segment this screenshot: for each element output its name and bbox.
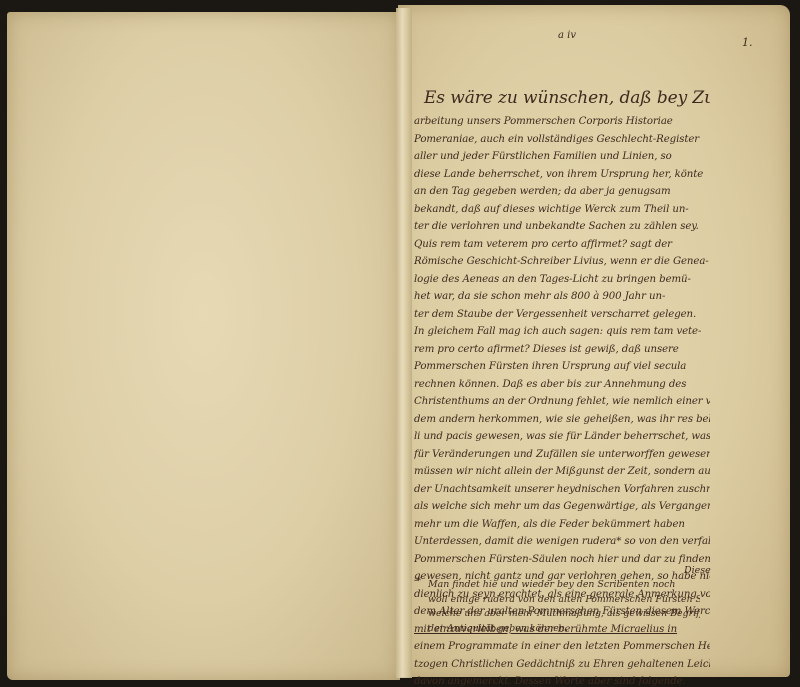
text-line: ter die verlohren und unbekandte Sachen … <box>414 218 710 236</box>
text-line: rechnen können. Daß es aber bis zur Anne… <box>414 376 710 394</box>
header-mark: a iv <box>558 30 576 41</box>
text-line: Pommerschen Fürsten-Säulen noch hier und… <box>414 551 710 569</box>
text-line: tzogen Christlichen Gedächtniß zu Ehren … <box>414 656 710 674</box>
footnote: Man findet hie und wieder bey den Scribe… <box>428 578 700 636</box>
text-line: Römische Geschicht-Schreiber Livius, wen… <box>414 253 710 271</box>
text-line: dem andern herkommen, wie sie geheißen, … <box>414 411 710 429</box>
text-line: davon angemerckt. Dessen Worte aber sind… <box>414 673 710 687</box>
text-line: diese Lande beherrschet, von ihrem Urspr… <box>414 166 710 184</box>
catchword: Diese <box>684 565 711 576</box>
text-line: logie des Aeneas an den Tages-Licht zu b… <box>414 271 710 289</box>
text-line: mehr um die Waffen, als die Feder bekümm… <box>414 516 710 534</box>
footnote-line: der Antiquität geben können. <box>428 622 700 637</box>
footnote-line: woll einige rudera von den alten Pommers… <box>428 593 700 608</box>
footnote-line: Man findet hie und wieder bey den Scribe… <box>428 578 700 593</box>
text-line: Pomeraniae, auch ein vollständiges Gesch… <box>414 131 710 149</box>
text-line: Quis rem tam veterem pro certo affirmet?… <box>414 236 710 254</box>
footnote-marker: * <box>416 576 421 587</box>
text-line: het war, da sie schon mehr als 800 à 900… <box>414 288 710 306</box>
text-line: bekandt, daß auf dieses wichtige Werck z… <box>414 201 710 219</box>
text-line: Unterdessen, damit die wenigen rudera* s… <box>414 533 710 551</box>
left-page-blank <box>7 12 400 680</box>
text-line: In gleichem Fall mag ich auch sagen: qui… <box>414 323 710 341</box>
text-line: aller und jeder Fürstlichen Familien und… <box>414 148 710 166</box>
page-number: 1. <box>742 36 753 49</box>
text-line: müssen wir nicht allein der Mißgunst der… <box>414 463 710 481</box>
text-line: der Unachtsamkeit unserer heydnischen Vo… <box>414 481 710 499</box>
book-gutter <box>396 8 412 678</box>
text-line: rem pro certo afirmet? Dieses ist gewiß,… <box>414 341 710 359</box>
text-line: Christenthums an der Ordnung fehlet, wie… <box>414 393 710 411</box>
text-line: li und pacis gewesen, was sie für Länder… <box>414 428 710 446</box>
text-line: Pommerschen Fürsten ihren Ursprung auf v… <box>414 358 710 376</box>
opening-line: Es wäre zu wünschen, daß bey Zus- <box>414 85 710 111</box>
manuscript-spread: a iv 1. Es wäre zu wünschen, daß bey Zus… <box>0 0 800 687</box>
footnote-line: welche uns aber mehr Muthmaßung, als gew… <box>428 607 700 622</box>
text-line: an den Tag gegeben werden; da aber ja ge… <box>414 183 710 201</box>
text-line: für Veränderungen und Zufällen sie unter… <box>414 446 710 464</box>
text-line: arbeitung unsers Pommerschen Corporis Hi… <box>414 113 710 131</box>
text-line: als welche sich mehr um das Gegenwärtige… <box>414 498 710 516</box>
text-line: ter dem Staube der Vergessenheit verscha… <box>414 306 710 324</box>
text-line: einem Programmate in einer den letzten P… <box>414 638 710 656</box>
